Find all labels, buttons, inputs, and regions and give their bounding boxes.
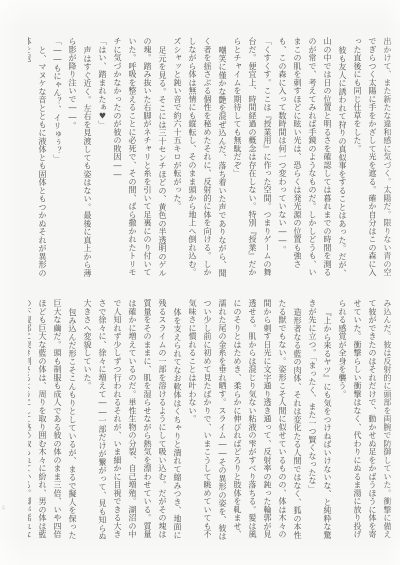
paragraph-narration: 足元を見る。そこには三十センチほどの、黄色の半透明のゲルの塊。踏み抜いた右脚がネ… <box>110 37 170 282</box>
paragraph-dialogue: 「くすくす。ここは『授業用』に作った空間。つまりゲームの舞台だ。便宜上、時間経過… <box>230 37 275 282</box>
page-number: 4 <box>1 504 5 512</box>
paragraph-narration: 包み込んだ形こそこんもりとしているが、まるで擬人を保った巨大な繭だ。頭も制服も成… <box>28 299 80 546</box>
paragraph-narration: 彼も友人に誘われて狩りの真似事をすることはあった。だが、山の中では日の位置と明る… <box>275 37 350 282</box>
lower-text-band: み込んだ。彼は反射的に頭部を両腕で防御していた。衝撃に備えて彼ができたのはそれだ… <box>28 299 395 546</box>
paragraph-narration-continued: 出かけて、また新たな違和感に気づく。太陽だ。限りない青の空でぎらつく太陽に手をか… <box>350 37 395 282</box>
paragraph-narration-continued: み込んだ。彼は反射的に頭部を両腕で防御していた。衝撃に備えて彼ができたのはそれだ… <box>335 299 395 546</box>
paragraph-dialogue: 「――もにゃん？、イリゅぅ？」 <box>50 37 65 282</box>
paragraph-narration: 声はすぐ近く。左右を見渡しても姿はない。最後に真上から薄ら影が降り注いで――。 <box>65 37 95 282</box>
upper-text-band: 出かけて、また新たな違和感に気づく。太陽だ。限りない青の空でぎらつく太陽に手をか… <box>28 37 395 282</box>
paragraph-narration: 造形者なる藍の肉体、それは変化たる人間ではなく、狐の本性たる獣でもない。姿形こそ… <box>185 299 305 546</box>
paragraph-narration: 体を支えられてなお軟体はくちゃりと潰れて縮みつき、地面に残るスライムの一部を溶け… <box>80 299 185 546</box>
paragraph-narration: 嘲笑に僅かな艶を混ぜ込んだ、落ち着いた声でありながら、聞く者を揺さぶる個性を秘め… <box>170 37 230 282</box>
paragraph-dialogue: 「はい、踏まれたぁ♥」 <box>95 37 110 282</box>
paragraph-narration: と、マヌケな音とともに液体とも固体ともつかぬそれが異形の体を包 <box>28 37 50 282</box>
novel-scan-page: 出かけて、また新たな違和感に気づく。太陽だ。限りない青の空でぎらつく太陽に手をか… <box>0 0 400 565</box>
paragraph-narration: 『上から来るヤツ』にも気をつけねばいけないな、と純粋な驚きが先に立つ。「まったく… <box>305 299 335 546</box>
